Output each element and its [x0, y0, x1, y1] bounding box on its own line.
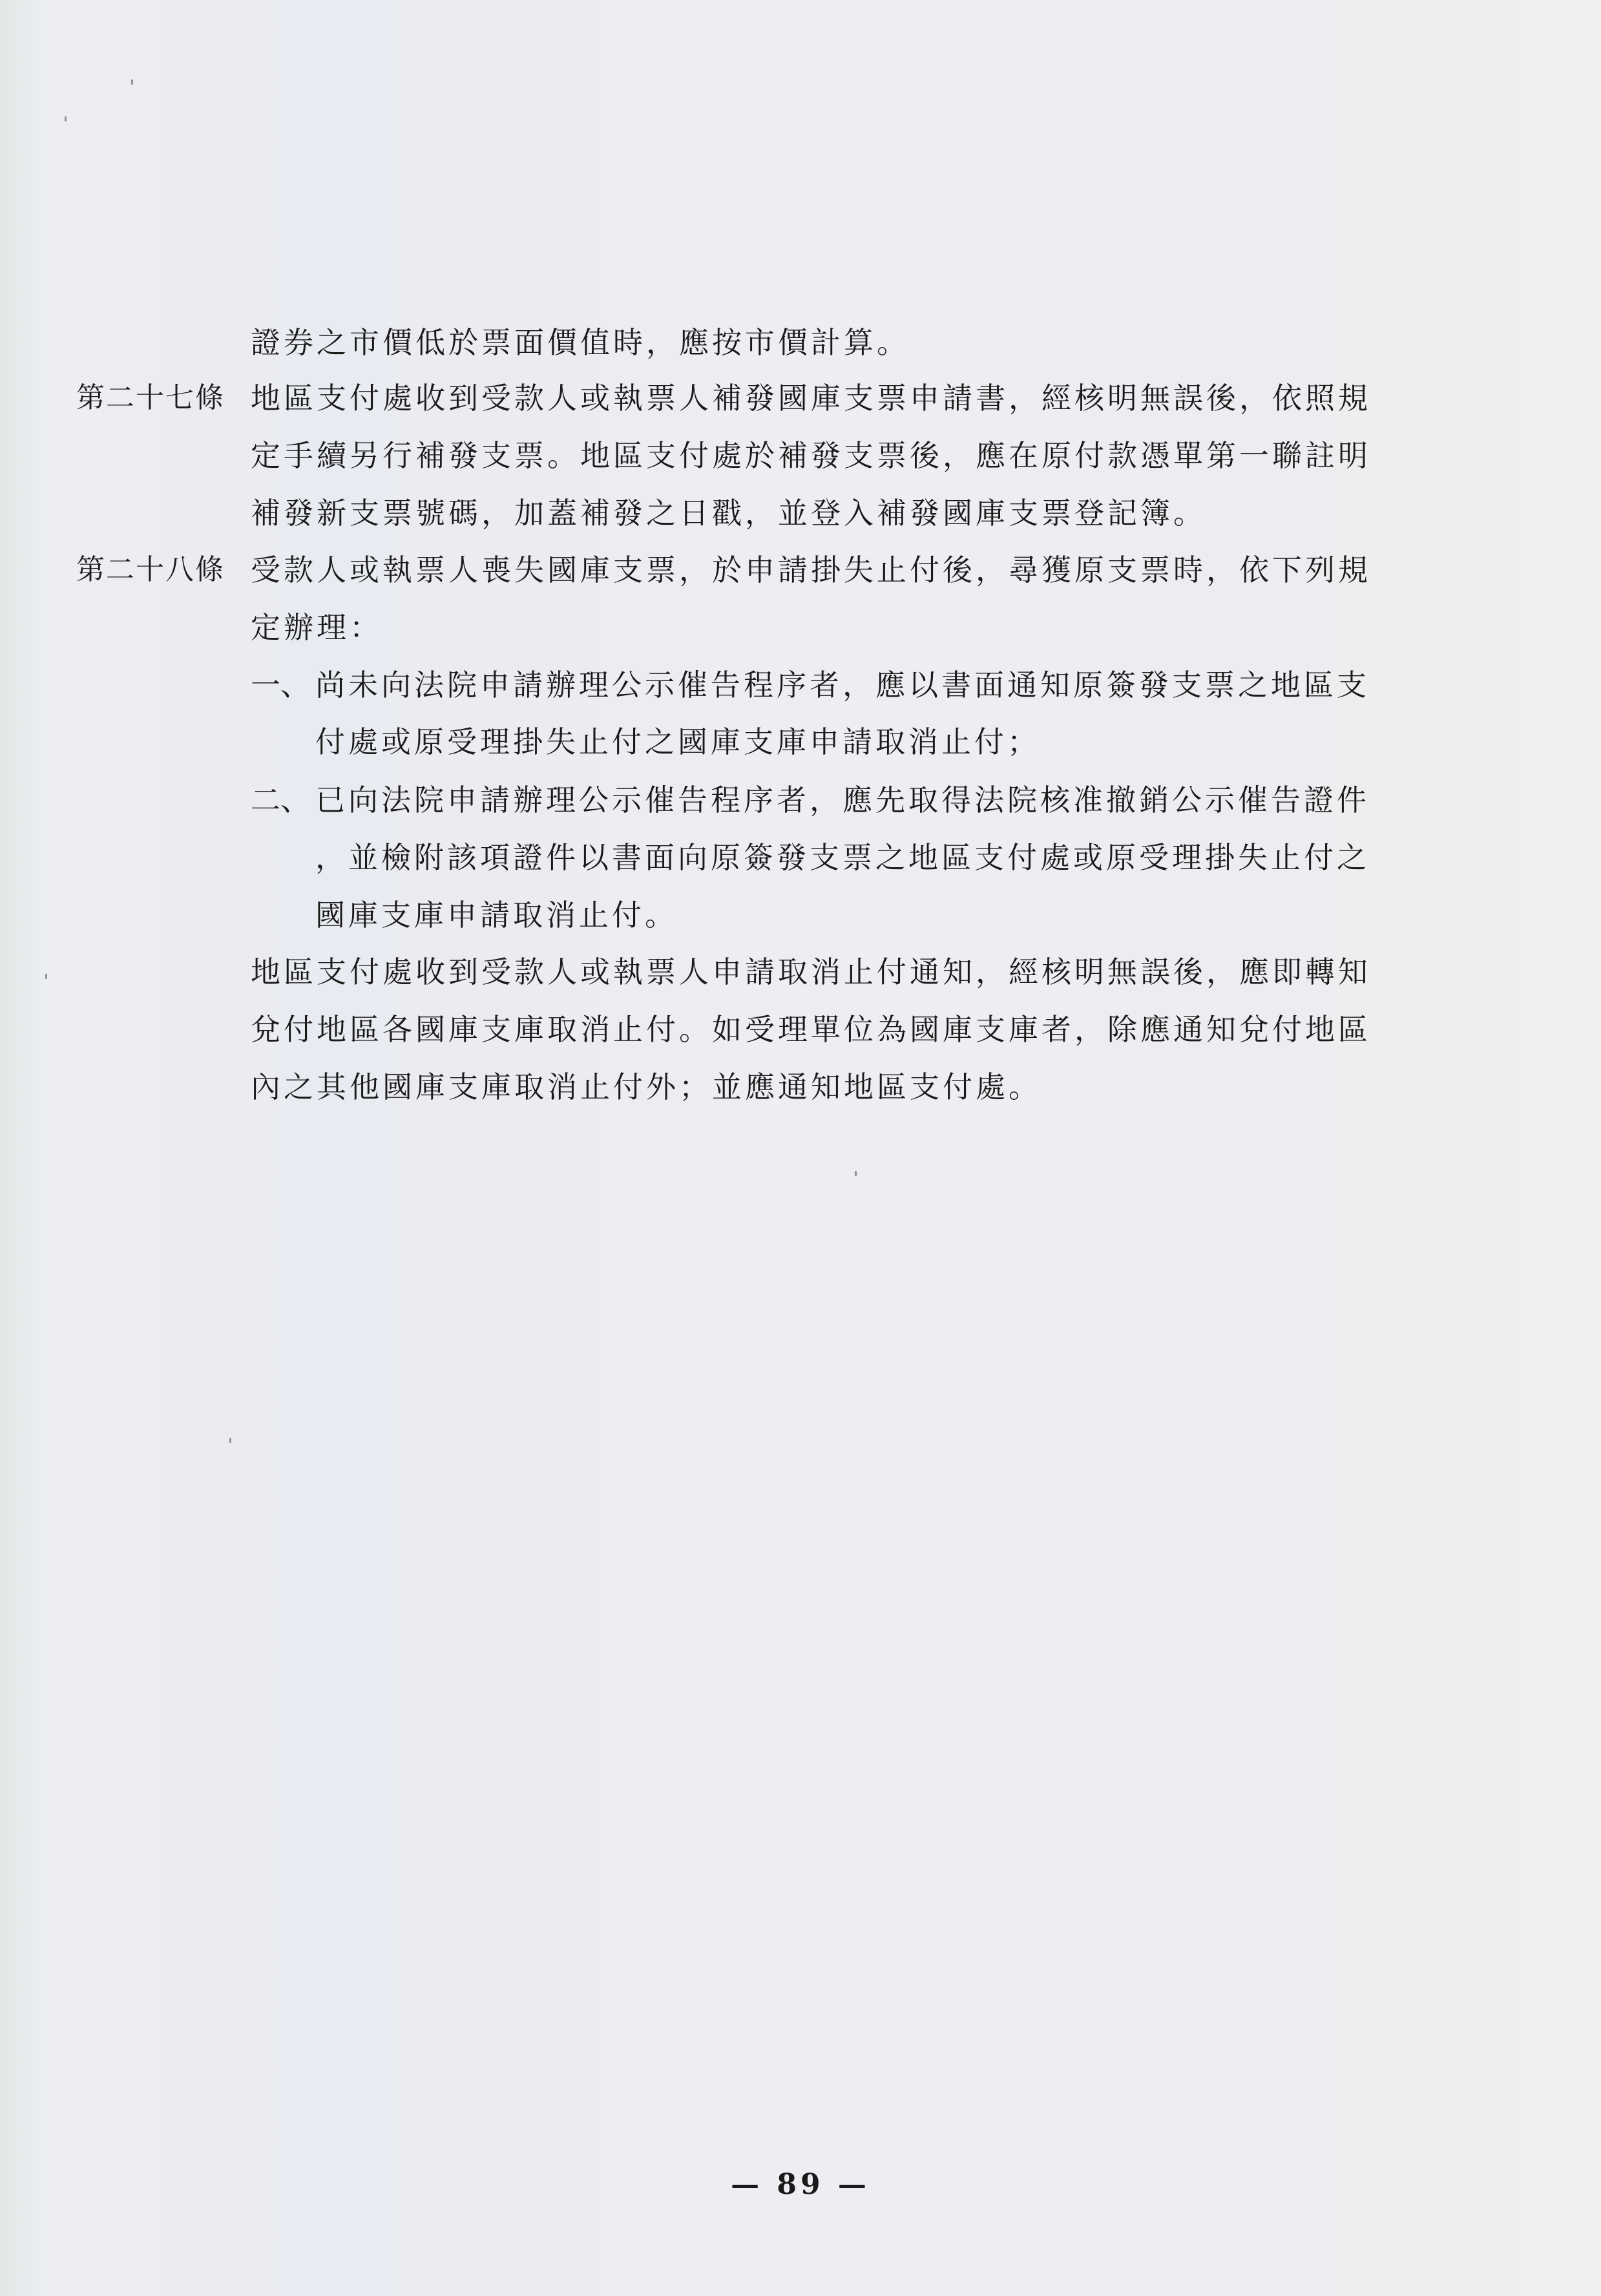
article-text-line: 定辦理： [251, 608, 382, 647]
list-marker: 二、 [251, 781, 310, 819]
scan-speck [229, 1438, 231, 1443]
closing-text-line: 地區支付處收到受款人或執票人申請取消止付通知，經核明無誤後，應即轉知 [251, 953, 1371, 991]
list-item-text-line: 國庫支庫申請取消止付。 [315, 896, 678, 934]
scan-speck [131, 79, 133, 85]
article-text-line: 定手續另行補發支票。地區支付處於補發支票後，應在原付款憑單第一聯註明 [251, 436, 1371, 475]
closing-text-line: 兌付地區各國庫支庫取消止付。如受理單位為國庫支庫者，除應通知兌付地區 [251, 1010, 1371, 1049]
scan-speck [65, 116, 67, 121]
list-item-text-line: ，並檢附該項證件以書面向原簽發支票之地區支付處或原受理掛失止付之 [315, 838, 1370, 877]
list-item-text-line: 尚未向法院申請辦理公示催告程序者，應以書面通知原簽發支票之地區支 [315, 666, 1370, 704]
closing-text-line: 內之其他國庫支庫取消止付外；並應通知地區支付處。 [251, 1068, 1041, 1106]
page-number: — 89 — [0, 2168, 1601, 2201]
article-text-line: 受款人或執票人喪失國庫支票，於申請掛失止付後，尋獲原支票時，依下列規 [251, 551, 1371, 589]
scan-speck [45, 974, 47, 979]
list-marker: 一、 [251, 666, 310, 704]
article-text-line: 地區支付處收到受款人或執票人補發國庫支票申請書，經核明無誤後，依照規 [251, 379, 1371, 417]
article-label: 第二十八條 [76, 551, 225, 589]
list-item-text-line: 付處或原受理掛失止付之國庫支庫申請取消止付； [315, 722, 1040, 761]
list-item-text-line: 已向法院申請辦理公示催告程序者，應先取得法院核准撤銷公示催告證件 [315, 781, 1370, 819]
article-text-line: 補發新支票號碼，加蓋補發之日戳，並登入補發國庫支票登記簿。 [251, 494, 1206, 532]
continuation-line: 證券之市價低於票面價值時，應按市價計算。 [251, 323, 910, 362]
scan-speck [855, 1171, 857, 1176]
document-page: 證券之市價低於票面價值時，應按市價計算。 第二十七條 地區支付處收到受款人或執票… [0, 0, 1601, 2296]
article-label: 第二十七條 [76, 379, 225, 417]
